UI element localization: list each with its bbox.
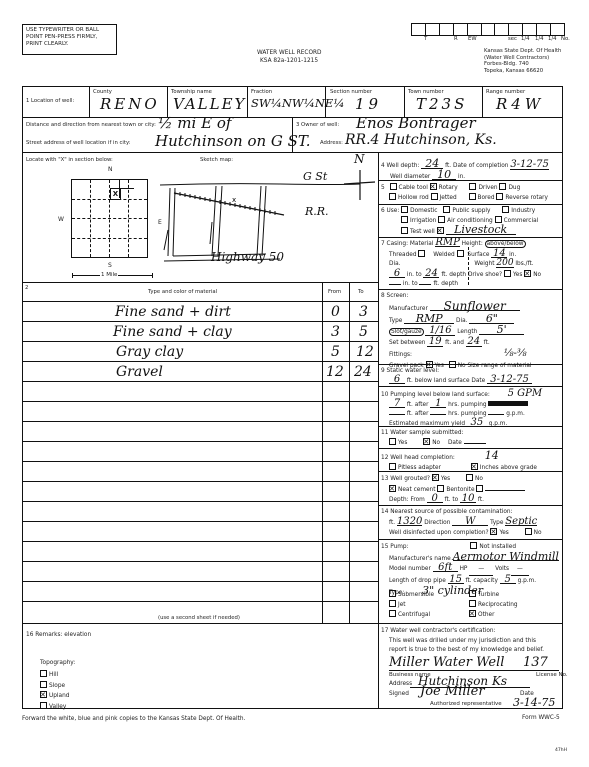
contamination-type-value[interactable]: Septic — [505, 518, 537, 526]
contamination-label: 14 Nearest source of possible contaminat… — [381, 509, 513, 515]
certification-text: This well was drilled under my jurisdict… — [389, 638, 536, 644]
use-public-supply[interactable]: Public supply — [443, 208, 490, 214]
pumping-gpm2-field[interactable] — [488, 414, 504, 415]
set-between-label: Set between — [389, 340, 425, 346]
fittings-label: Fittings: — [389, 352, 412, 358]
other-grout-checkbox[interactable] — [476, 485, 483, 492]
option-label: Domestic — [410, 208, 437, 214]
topography-valley[interactable]: Valley — [40, 702, 69, 713]
signed-label: Signed — [389, 691, 409, 698]
owner-value[interactable]: Enos Bontrager — [356, 114, 476, 132]
drop-pipe-label: Length of drop pipe — [389, 578, 446, 584]
pump-manufacturer-label: Manufacturer's name — [389, 556, 451, 562]
option-label: Hollow rod — [398, 195, 429, 201]
below-label: ft. below land surface — [407, 378, 470, 384]
materials-header: Type and color of material — [148, 289, 217, 296]
drive-shoe-yes-checkbox[interactable] — [504, 270, 511, 277]
business-name-value[interactable]: Miller Water Well — [389, 655, 504, 670]
ft-depth-label: ft. depth — [433, 281, 458, 287]
hrs-pumping-label: hrs. pumping — [448, 402, 486, 408]
code-label-r: R — [454, 36, 458, 43]
from-row-2[interactable]: 3 — [331, 324, 340, 340]
checkbox[interactable] — [389, 590, 396, 597]
grouted-yes-checkbox[interactable] — [432, 474, 439, 481]
use-industry[interactable]: Industry — [502, 208, 535, 214]
yes-label: Yes — [398, 440, 407, 446]
option-label: Jetted — [440, 195, 457, 201]
agency-address: Kansas State Dept. Of Health (Water Well… — [484, 48, 561, 74]
ft-to-label: ft. to — [445, 497, 459, 503]
checkbox-checked[interactable] — [40, 691, 47, 698]
checkbox[interactable] — [443, 206, 450, 213]
static-level-value[interactable]: 6 — [389, 376, 405, 384]
bentonite-checkbox[interactable] — [437, 485, 444, 492]
after-label: ft. after — [407, 411, 429, 417]
dia-label: Dia. — [456, 318, 467, 324]
form-title: WATER WELL RECORD — [257, 50, 322, 57]
checkbox-checked[interactable] — [469, 610, 476, 617]
authorized-rep-label: Authorized representative — [430, 701, 502, 708]
date-label: Date — [471, 378, 485, 384]
section-map-w: W — [58, 216, 64, 224]
owner-address-value[interactable]: RR.4 Hutchinson, Ks. — [345, 132, 497, 148]
water-sample-label: 11 Water sample submitted: — [381, 430, 464, 436]
scale-bar: 1 Mile — [72, 273, 153, 278]
drop-pipe-value[interactable]: 15 — [448, 576, 464, 584]
instruction-line: USE TYPEWRITER OR BALL — [26, 27, 113, 34]
date-label: Date — [448, 440, 462, 446]
to-row-2[interactable]: 5 — [359, 324, 368, 340]
use-test-well[interactable]: Test well — [401, 229, 435, 235]
in-unit: in. — [509, 252, 516, 258]
section-grid[interactable]: X — [71, 179, 148, 258]
owner-label: 3 Owner of well: — [296, 122, 339, 129]
pump-type-turbine[interactable]: Turbine — [469, 590, 499, 600]
code-label-q3: 1/4 — [548, 36, 557, 43]
code-label-ew: EW — [468, 36, 477, 43]
forward-instructions: Forward the white, blue and pink copies … — [22, 716, 245, 723]
in-to-label: in. to — [407, 272, 422, 278]
ft-unit: ft. — [478, 497, 484, 503]
welded-checkbox[interactable] — [457, 250, 464, 257]
checkbox[interactable] — [40, 702, 47, 709]
checkbox[interactable] — [438, 216, 445, 223]
dia-label: Dia. — [389, 261, 400, 267]
checkbox[interactable] — [390, 183, 397, 190]
well-head: 12 Well head completion: 14 Pitless adap… — [381, 451, 537, 473]
option-jetted[interactable]: Jetted — [431, 195, 457, 201]
code-label-t: T — [424, 36, 427, 43]
surface-label: Surface — [467, 252, 489, 258]
option-reverse-rotary[interactable]: Reverse rotary — [496, 195, 548, 201]
volts-value[interactable]: — — [511, 565, 529, 576]
slot-label: Slot/gauze — [389, 328, 424, 336]
water-sample: 11 Water sample submitted: Yes No Date — [381, 429, 486, 448]
casing-dia2-field[interactable] — [389, 284, 401, 285]
pump-type-reciprocating[interactable]: Reciprocating — [469, 600, 518, 610]
checkbox[interactable] — [389, 610, 396, 617]
range-value[interactable]: R4W — [496, 95, 544, 113]
yes-label: Yes — [499, 530, 508, 536]
checkbox[interactable] — [469, 193, 476, 200]
materials-footer: (use a second sheet if needed) — [158, 615, 240, 622]
livestock-value: Livestock — [446, 226, 516, 235]
sample-no-checkbox[interactable] — [423, 438, 430, 445]
distance-label: Distance and direction from nearest town… — [26, 122, 156, 129]
hp-value[interactable]: — — [469, 565, 493, 576]
option-label: Bored — [478, 195, 495, 201]
no-label: No — [475, 476, 483, 482]
height-choice[interactable]: above/below — [485, 240, 526, 248]
owner-address-label: Address: — [320, 140, 343, 147]
option-cable-tool[interactable]: Cable tool — [390, 185, 428, 191]
well-grouted: 13 Well grouted? Yes No Neat cement Bent… — [381, 474, 525, 506]
checkbox[interactable] — [431, 193, 438, 200]
agency-line: Topeka, Kansas 66620 — [484, 68, 561, 75]
weight-value[interactable]: 200 — [496, 260, 513, 268]
drill-method: 5 Cable tool Rotary Driven Dug Hollow ro… — [381, 183, 548, 203]
code-label-q2: 1/4 — [535, 36, 544, 43]
option-label: Reverse rotary — [505, 195, 548, 201]
yes-label: Yes — [513, 272, 522, 278]
above-grade-value[interactable]: 14 — [485, 449, 499, 462]
option-label: Reciprocating — [478, 602, 518, 608]
checkbox[interactable] — [389, 600, 396, 607]
option-bored[interactable]: Bored — [469, 195, 495, 201]
model-value[interactable]: 6ft — [433, 564, 458, 572]
option-driven[interactable]: Driven — [469, 185, 497, 191]
agency-line: (Water Well Contractors) — [484, 55, 561, 62]
license-value[interactable]: 137 — [523, 655, 548, 670]
well-use: 6 Use: Domestic Public supply Industry I… — [381, 206, 538, 237]
pumping-rate-value[interactable]: 5 GPM — [508, 388, 543, 399]
street-label: Street address of well location if in ci… — [26, 140, 131, 147]
checkbox[interactable] — [496, 193, 503, 200]
no-label: No — [534, 530, 542, 536]
type-label: Type — [389, 318, 402, 324]
pump-type-submersible[interactable]: Submersible — [389, 590, 469, 600]
disinfected-label: Well disinfected upon completion? — [389, 530, 489, 536]
street-value[interactable]: Hutchinson on G ST. — [155, 132, 311, 150]
topography-label: Topography: — [40, 660, 75, 667]
grouted-no-checkbox[interactable] — [466, 474, 473, 481]
weight-label: Weight — [474, 261, 494, 267]
casing-material-value[interactable]: RMP — [435, 239, 460, 247]
to-row-1[interactable]: 3 — [359, 304, 368, 320]
no-label: No — [432, 440, 440, 446]
completion-label: Date of completion — [453, 163, 508, 169]
option-label: Centrifugal — [398, 612, 430, 618]
grouted-label: 13 Well grouted? — [381, 476, 430, 482]
checkbox[interactable] — [469, 600, 476, 607]
materials-num: 2 — [25, 285, 28, 292]
section-value[interactable]: 19 — [355, 95, 382, 113]
length-value[interactable]: 5' — [479, 326, 524, 335]
depth-from-label: Depth: From — [389, 497, 425, 503]
instruction-line: POINT PEN-PRESS FIRMLY, — [26, 34, 113, 41]
fraction-label: Fraction — [251, 89, 272, 96]
print-code: 47hH — [555, 748, 567, 754]
office-code-boxes — [411, 23, 565, 36]
contamination-distance-value[interactable]: 1320 — [397, 518, 422, 526]
pumping-ft1-value[interactable]: 7 — [389, 400, 405, 408]
yes-label: Yes — [441, 476, 450, 482]
ft-depth-label: ft. depth — [441, 272, 466, 278]
material-row-4[interactable]: Gravel — [116, 364, 163, 380]
threaded-label: Threaded — [389, 252, 417, 258]
manufacturer-label: Manufacturer — [389, 306, 428, 312]
ft-and-label: ft. and — [445, 340, 464, 346]
no-label: No — [533, 272, 541, 278]
signature-value[interactable]: Joe Miller — [420, 684, 485, 699]
address-label: Address — [389, 681, 412, 688]
material-row-2[interactable]: Fine sand + clay — [113, 324, 232, 340]
option-label: Cable tool — [399, 185, 428, 191]
size-range-value[interactable]: ⅛-⅜ — [504, 348, 527, 359]
option-label: Submersible — [398, 592, 434, 598]
checkbox[interactable] — [401, 206, 408, 213]
pump-type-centrifugal[interactable]: Centrifugal — [389, 610, 469, 620]
neat-cement-label: Neat cement — [398, 487, 436, 493]
scale-label: 1 Mile — [100, 272, 118, 279]
to-row-3[interactable]: 12 — [356, 344, 374, 360]
after-label: ft. after — [407, 402, 429, 408]
capacity-label: ft. capacity — [466, 578, 498, 584]
sketch-well-mark: x — [232, 196, 236, 204]
code-label-q1: 1/4 — [521, 36, 530, 43]
to-header: To — [358, 289, 364, 296]
from-row-1[interactable]: 0 — [331, 304, 340, 320]
grout-to-value[interactable]: 10 — [460, 495, 476, 503]
checkbox[interactable] — [401, 227, 408, 234]
form-statute: KSA 82a-1201-1215 — [260, 58, 318, 65]
pump-types: SubmersibleTurbine JetReciprocating Cent… — [389, 590, 559, 620]
use-irrigation[interactable]: Irrigation — [401, 218, 436, 224]
cert-date-value[interactable]: 3-14-75 — [513, 696, 555, 709]
pumping-level: 10 Pumping level below land surface: 5 G… — [381, 389, 542, 429]
disinfected-no-checkbox[interactable] — [525, 528, 532, 535]
welded-label: Welded — [433, 252, 455, 258]
use-livestock[interactable]: Livestock — [437, 229, 516, 235]
sketch-highway-label: Highway 50 — [211, 250, 284, 264]
certification-text: report is true to the best of my knowled… — [389, 647, 544, 653]
static-date-value[interactable]: 3-12-75 — [487, 376, 532, 384]
town-value[interactable]: T23S — [416, 95, 467, 113]
sketch-railroad-label: R.R. — [305, 205, 329, 218]
option-label: Irrigation — [410, 218, 436, 224]
disinfected-yes-checkbox[interactable] — [490, 528, 497, 535]
casing-dia-value[interactable]: 6 — [389, 270, 405, 278]
set-to-value[interactable]: 24 — [466, 338, 482, 347]
option-label: Jet — [398, 602, 406, 608]
in-to-label: in. to — [403, 281, 418, 287]
pumping-hrs2-field[interactable] — [430, 414, 446, 415]
well-head-label: 12 Well head completion: — [381, 455, 455, 461]
sample-yes-checkbox[interactable] — [389, 438, 396, 445]
casing: 7 Casing: Material RMP Height: above/bel… — [381, 239, 561, 290]
from-header: From — [328, 289, 341, 296]
set-from-value[interactable]: 19 — [427, 338, 443, 347]
instruction-line: PRINT CLEARLY. — [26, 41, 113, 48]
from-row-4[interactable]: 12 — [326, 364, 344, 380]
pumping-hrs1-value[interactable]: 1 — [430, 400, 446, 408]
static-water-level: 9 Static water level: 6 ft. below land s… — [381, 367, 532, 386]
threaded-checkbox[interactable] — [418, 250, 425, 257]
certification-label: 17 Water well contractor's certification… — [381, 628, 496, 634]
screen-label: 8 Screen: — [381, 293, 408, 299]
township-value[interactable]: VALLEY — [173, 95, 246, 113]
option-label: Upland — [49, 693, 69, 699]
option-hollow-rod[interactable]: Hollow rod — [389, 195, 429, 201]
not-installed-checkbox[interactable] — [470, 542, 477, 549]
option-label: Valley — [49, 704, 66, 710]
checkbox[interactable] — [389, 193, 396, 200]
grout-from-value[interactable]: 0 — [427, 495, 443, 503]
option-label: Commercial — [504, 218, 539, 224]
pitless-checkbox[interactable] — [389, 463, 396, 470]
completion-date-value[interactable]: 3-12-75 — [510, 161, 549, 170]
pumping-ft2-field[interactable] — [389, 414, 405, 415]
redacted-mark — [488, 401, 528, 406]
to-row-4[interactable]: 24 — [354, 364, 372, 380]
casing-label: 7 Casing: Material — [381, 241, 433, 247]
topography-hill[interactable]: Hill — [40, 670, 69, 681]
fraction-value[interactable]: SW¼NW¼NE¼ — [251, 96, 344, 110]
casing-depth2-field[interactable] — [419, 284, 431, 285]
height-label: Height: — [462, 241, 483, 247]
volts-label: Volts — [495, 566, 509, 572]
code-label-sec: sec — [508, 36, 517, 43]
use-domestic[interactable]: Domestic — [401, 208, 437, 214]
gpm-unit: g.p.m. — [506, 411, 525, 417]
option-dug[interactable]: Dug — [499, 185, 520, 191]
contamination: 14 Nearest source of possible contaminat… — [381, 508, 542, 539]
checkbox[interactable] — [469, 183, 476, 190]
length-label: Length — [457, 329, 477, 335]
contractor-certification: 17 Water well contractor's certification… — [381, 627, 544, 656]
option-label: Rotary — [439, 185, 458, 191]
other-grout-field[interactable] — [485, 490, 525, 491]
type-label: Type — [490, 520, 503, 526]
option-label: Slope — [49, 683, 65, 689]
neat-cement-checkbox[interactable] — [389, 485, 396, 492]
surface-value[interactable]: 14 — [491, 250, 507, 258]
option-label: Driven — [478, 185, 497, 191]
sketch-street-label: G St — [303, 170, 327, 183]
section-map-n: N — [108, 166, 113, 174]
form-number: Form WWC-5 — [522, 715, 560, 722]
checkbox[interactable] — [502, 206, 509, 213]
remarks-label: 16 Remarks: elevation — [26, 632, 91, 639]
above-grade-checkbox[interactable] — [471, 463, 478, 470]
pump-type-other[interactable]: Other — [469, 610, 494, 620]
topography-upland[interactable]: Upland — [40, 691, 69, 702]
gpm-unit: g.p.m. — [518, 578, 537, 584]
bentonite-label: Bentonite — [446, 487, 474, 493]
ft-unit: ft. — [484, 340, 490, 346]
checkbox[interactable] — [495, 216, 502, 223]
distance-value[interactable]: ½ mi E of — [158, 114, 231, 132]
use-label: 6 Use: — [381, 208, 399, 214]
pump-type-jet[interactable]: Jet — [389, 600, 469, 610]
option-label: Industry — [511, 208, 535, 214]
item5-num: 5 — [381, 185, 385, 191]
option-label: Hill — [49, 672, 58, 678]
model-label: Model number — [389, 566, 431, 572]
screen-manufacturer-value[interactable]: Sunflower — [430, 302, 520, 311]
section-map-label: Locate with "X" in section below: — [26, 157, 113, 164]
instructions-box: USE TYPEWRITER OR BALL POINT PEN-PRESS F… — [22, 24, 117, 55]
checkbox[interactable] — [499, 183, 506, 190]
checkbox[interactable] — [469, 590, 476, 597]
checkbox-checked[interactable] — [437, 227, 444, 234]
agency-line: Kansas State Dept. Of Health — [484, 48, 561, 55]
option-label: Turbine — [478, 592, 499, 598]
well-depth-text: 4 Well depth: — [381, 163, 419, 169]
checkbox-checked[interactable] — [430, 183, 437, 190]
material-row-1[interactable]: Fine sand + dirt — [115, 304, 231, 320]
section-map-s: S — [108, 262, 112, 270]
agency-line: Forbes-Bldg. 740 — [484, 61, 561, 68]
pump-label: 15 Pump: — [381, 544, 409, 550]
drive-shoe-no-checkbox[interactable] — [524, 270, 531, 277]
county-value[interactable]: RENO — [100, 95, 160, 113]
drive-shoe-label: Drive shoe? — [468, 272, 502, 278]
contamination-direction-value[interactable]: W — [452, 518, 488, 526]
sketch-north: N — [354, 152, 365, 166]
slot-value[interactable]: 1/16 — [425, 327, 455, 336]
checkbox[interactable] — [401, 216, 408, 223]
location-label: 1 Location of well: — [26, 98, 74, 105]
screen-dia-value[interactable]: 6" — [469, 315, 514, 324]
direction-label: Direction — [424, 520, 450, 526]
screen: 8 Screen: Manufacturer Sunflower Type RM… — [381, 292, 561, 372]
license-label: License No. — [536, 672, 568, 679]
ft-label: ft. — [389, 520, 395, 526]
checkbox[interactable] — [40, 681, 47, 688]
from-row-3[interactable]: 5 — [331, 344, 340, 360]
sample-date-field[interactable] — [464, 443, 486, 444]
topography-slope[interactable]: Slope — [40, 681, 69, 692]
option-label: Public supply — [452, 208, 490, 214]
screen-type-value[interactable]: RMP — [404, 315, 454, 324]
option-label: Dug — [508, 185, 520, 191]
checkbox[interactable] — [40, 670, 47, 677]
casing-depth-value[interactable]: 24 — [423, 270, 439, 278]
option-rotary[interactable]: Rotary — [430, 185, 458, 191]
topography-options: Hill Slope Upland Valley — [40, 670, 69, 712]
material-row-3[interactable]: Gray clay — [116, 344, 183, 360]
option-label: Test well — [410, 229, 435, 235]
weight-unit: lbs./ft. — [515, 261, 533, 267]
code-label-no: No. — [561, 36, 570, 43]
well-depth-label: 4 Well depth: 24 ft. Date of completion … — [381, 160, 549, 170]
pump-manufacturer-value[interactable]: Aermotor Windmill — [453, 553, 559, 561]
capacity-value[interactable]: 5 — [500, 576, 516, 584]
diameter-value[interactable]: 10 — [432, 171, 456, 180]
option-label: Other — [478, 612, 494, 618]
hp-label: HP — [460, 566, 468, 572]
static-label: 9 Static water level: — [381, 368, 439, 374]
